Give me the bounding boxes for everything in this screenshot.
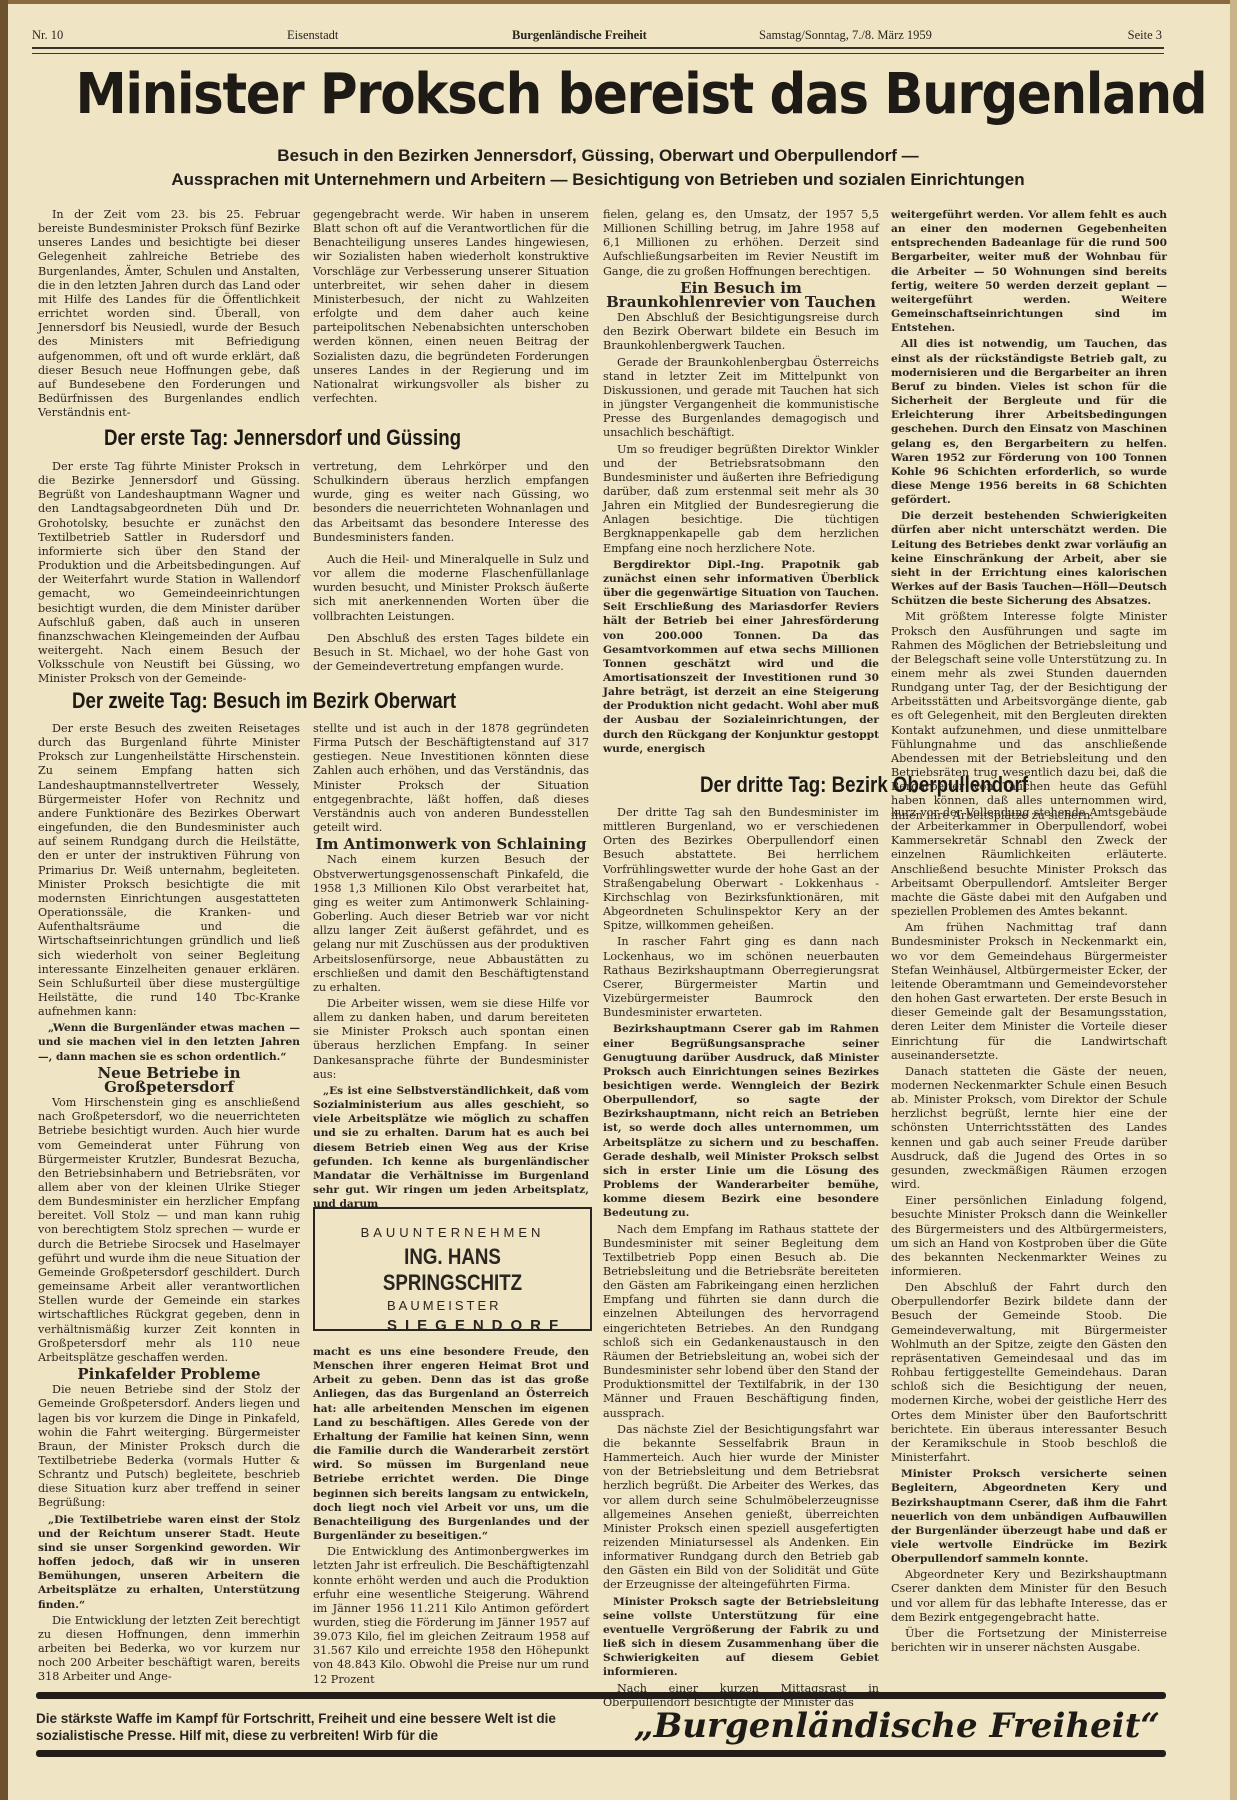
paragraph-bold: Bezirkshauptmann Cserer gab im Rahmen ei… bbox=[603, 1022, 879, 1220]
paragraph: Vom Hirschenstein ging es anschließend n… bbox=[38, 1096, 300, 1365]
ad-line-3: BAUMEISTER bbox=[315, 1298, 590, 1313]
section-heading-day-1: Der erste Tag: Jennersdorf und Güssing bbox=[104, 425, 461, 451]
paragraph: gegengebracht werde. Wir haben in unsere… bbox=[313, 208, 589, 406]
paragraph: Den Abschluß der Fahrt durch den Oberpul… bbox=[891, 1281, 1167, 1465]
main-headline: Minister Proksch bereist das Burgenland bbox=[75, 62, 1120, 127]
day3-column-1: Der dritte Tag sah den Bundesminister im… bbox=[603, 806, 879, 1712]
day1-column-2: vertretung, dem Lehrkörper und den Schul… bbox=[313, 460, 589, 676]
paragraph: Die neuen Betriebe sind der Stolz der Ge… bbox=[38, 1383, 300, 1510]
paragraph: Nach dem Empfang im Rathaus stattete der… bbox=[603, 1223, 879, 1421]
paragraph: Abgeordneter Kery und Bezirkshauptmann C… bbox=[891, 1568, 1167, 1625]
ad-company-name: ING. HANS SPRINGSCHITZ bbox=[336, 1244, 570, 1296]
paragraph: Einer persönlichen Einladung folgend, be… bbox=[891, 1194, 1167, 1279]
subheading-tauchen: Ein Besuch im Braunkohlenrevier von Tauc… bbox=[603, 281, 879, 309]
quote: „Wenn die Burgenländer etwas machen — un… bbox=[38, 1021, 300, 1063]
paragraph: In der Zeit vom 23. bis 25. Februar bere… bbox=[38, 208, 300, 420]
intro-column-2: gegengebracht werde. Wir haben in unsere… bbox=[313, 208, 589, 408]
paragraph: Die Entwicklung der letzten Zeit berecht… bbox=[38, 1614, 300, 1685]
tauchen-column: fielen, gelang es, den Umsatz, der 1957 … bbox=[603, 208, 879, 758]
day2-column-2-continued: macht es uns eine besondere Freude, den … bbox=[313, 1345, 589, 1689]
footer-rule-bottom bbox=[36, 1750, 1166, 1757]
subheading-grosspetersdorf: Neue Betriebe in Großpetersdorf bbox=[38, 1066, 300, 1094]
publication-place: Eisenstadt bbox=[287, 28, 338, 43]
paragraph: Der erste Besuch des zweiten Reisetages … bbox=[38, 722, 300, 1019]
paragraph: Auch die Heil- und Mineralquelle in Sulz… bbox=[313, 553, 589, 624]
paragraph: Gerade der Braunkohlenbergbau Österreich… bbox=[603, 356, 879, 441]
subheading-pinkafeld: Pinkafelder Probleme bbox=[38, 1367, 300, 1381]
footer-masthead: „Burgenländische Freiheit“ bbox=[630, 1706, 1160, 1746]
page-header: Nr. 10 Eisenstadt Burgenländische Freihe… bbox=[32, 28, 1162, 48]
paragraph: Den Abschluß des ersten Tages bildete ei… bbox=[313, 632, 589, 674]
paragraph: Am frühen Nachmittag traf dann Bundesmin… bbox=[891, 921, 1167, 1063]
paragraph-bold: Minister Proksch versicherte seinen Begl… bbox=[891, 1467, 1167, 1566]
paragraph: vertretung, dem Lehrkörper und den Schul… bbox=[313, 460, 589, 545]
day1-column-1: Der erste Tag führte Minister Proksch in… bbox=[38, 460, 300, 689]
footer-slogan: Die stärkste Waffe im Kampf für Fortschr… bbox=[36, 1710, 596, 1744]
page-number: Seite 3 bbox=[1128, 28, 1162, 43]
section-heading-day-3: Der dritte Tag: Bezirk Oberpullendorf bbox=[700, 772, 1028, 798]
paragraph: Über die Fortsetzung der Ministerreise b… bbox=[891, 1627, 1167, 1655]
paragraph: kurz vor der Vollendung stehende Amtsgeb… bbox=[891, 806, 1167, 919]
paragraph: Nach einem kurzen Besuch der Obstverwert… bbox=[313, 853, 589, 995]
day2-column-1: Der erste Besuch des zweiten Reisetages … bbox=[38, 722, 300, 1686]
footer-rule-top bbox=[36, 1692, 1166, 1699]
paragraph: Um so freudiger begrüßten Direktor Winkl… bbox=[603, 443, 879, 556]
subheadline-2: Aussprachen mit Unternehmern und Arbeite… bbox=[30, 170, 1166, 190]
paragraph-bold: weitergeführt werden. Vor allem fehlt es… bbox=[891, 208, 1167, 335]
ad-location: SIEGENDORF bbox=[315, 1317, 590, 1334]
paragraph: Danach statteten die Gäste der neuen, mo… bbox=[891, 1065, 1167, 1192]
subheading-antimon: Im Antimonwerk von Schlaining bbox=[313, 837, 589, 851]
section-heading-day-2: Der zweite Tag: Besuch im Bezirk Oberwar… bbox=[72, 688, 456, 714]
day2-column-2: stellte und ist auch in der 1878 gegründ… bbox=[313, 722, 589, 1213]
issue-date: Samstag/Sonntag, 7./8. März 1959 bbox=[759, 28, 932, 43]
newspaper-name: Burgenländische Freiheit bbox=[512, 28, 647, 43]
page-binding bbox=[0, 0, 8, 1800]
subheadline-1: Besuch in den Bezirken Jennersdorf, Güss… bbox=[30, 146, 1166, 166]
paragraph-bold: All dies ist notwendig, um Tauchen, das … bbox=[891, 337, 1167, 507]
header-rule bbox=[32, 47, 1164, 54]
quote: macht es uns eine besondere Freude, den … bbox=[313, 1345, 589, 1543]
quote: „Es ist eine Selbstverständlichkeit, daß… bbox=[313, 1084, 589, 1211]
paragraph: In rascher Fahrt ging es dann nach Locke… bbox=[603, 935, 879, 1020]
intro-column-1: In der Zeit vom 23. bis 25. Februar bere… bbox=[38, 208, 300, 422]
paragraph-bold: Die derzeit bestehenden Schwierigkeiten … bbox=[891, 509, 1167, 608]
day3-column-2: kurz vor der Vollendung stehende Amtsgeb… bbox=[891, 806, 1167, 1657]
paragraph-bold: Bergdirektor Dipl.-Ing. Prapotnik gab zu… bbox=[603, 558, 879, 756]
ad-line-1: BAUUNTERNEHMEN bbox=[315, 1225, 590, 1240]
paragraph: Der dritte Tag sah den Bundesminister im… bbox=[603, 806, 879, 933]
issue-number: Nr. 10 bbox=[32, 28, 63, 43]
paragraph: Den Abschluß der Besichtigungsreise durc… bbox=[603, 311, 879, 353]
paragraph: Der erste Tag führte Minister Proksch in… bbox=[38, 460, 300, 687]
quote: „Die Textilbetriebe waren einst der Stol… bbox=[38, 1513, 300, 1612]
paragraph: Die Arbeiter wissen, wem sie diese Hilfe… bbox=[313, 997, 589, 1082]
advertisement-springschitz: BAUUNTERNEHMEN ING. HANS SPRINGSCHITZ BA… bbox=[313, 1207, 592, 1331]
paragraph-bold: Minister Proksch sagte der Betriebsleitu… bbox=[603, 1595, 879, 1680]
paragraph: Die Entwicklung des Antimonbergwerkes im… bbox=[313, 1545, 589, 1687]
paragraph: stellte und ist auch in der 1878 gegründ… bbox=[313, 722, 589, 835]
paragraph: Das nächste Ziel der Besichtigungsfahrt … bbox=[603, 1423, 879, 1593]
page-edge bbox=[1230, 0, 1237, 1800]
paragraph: fielen, gelang es, den Umsatz, der 1957 … bbox=[603, 208, 879, 279]
tauchen-column-2: weitergeführt werden. Vor allem fehlt es… bbox=[891, 208, 1167, 825]
